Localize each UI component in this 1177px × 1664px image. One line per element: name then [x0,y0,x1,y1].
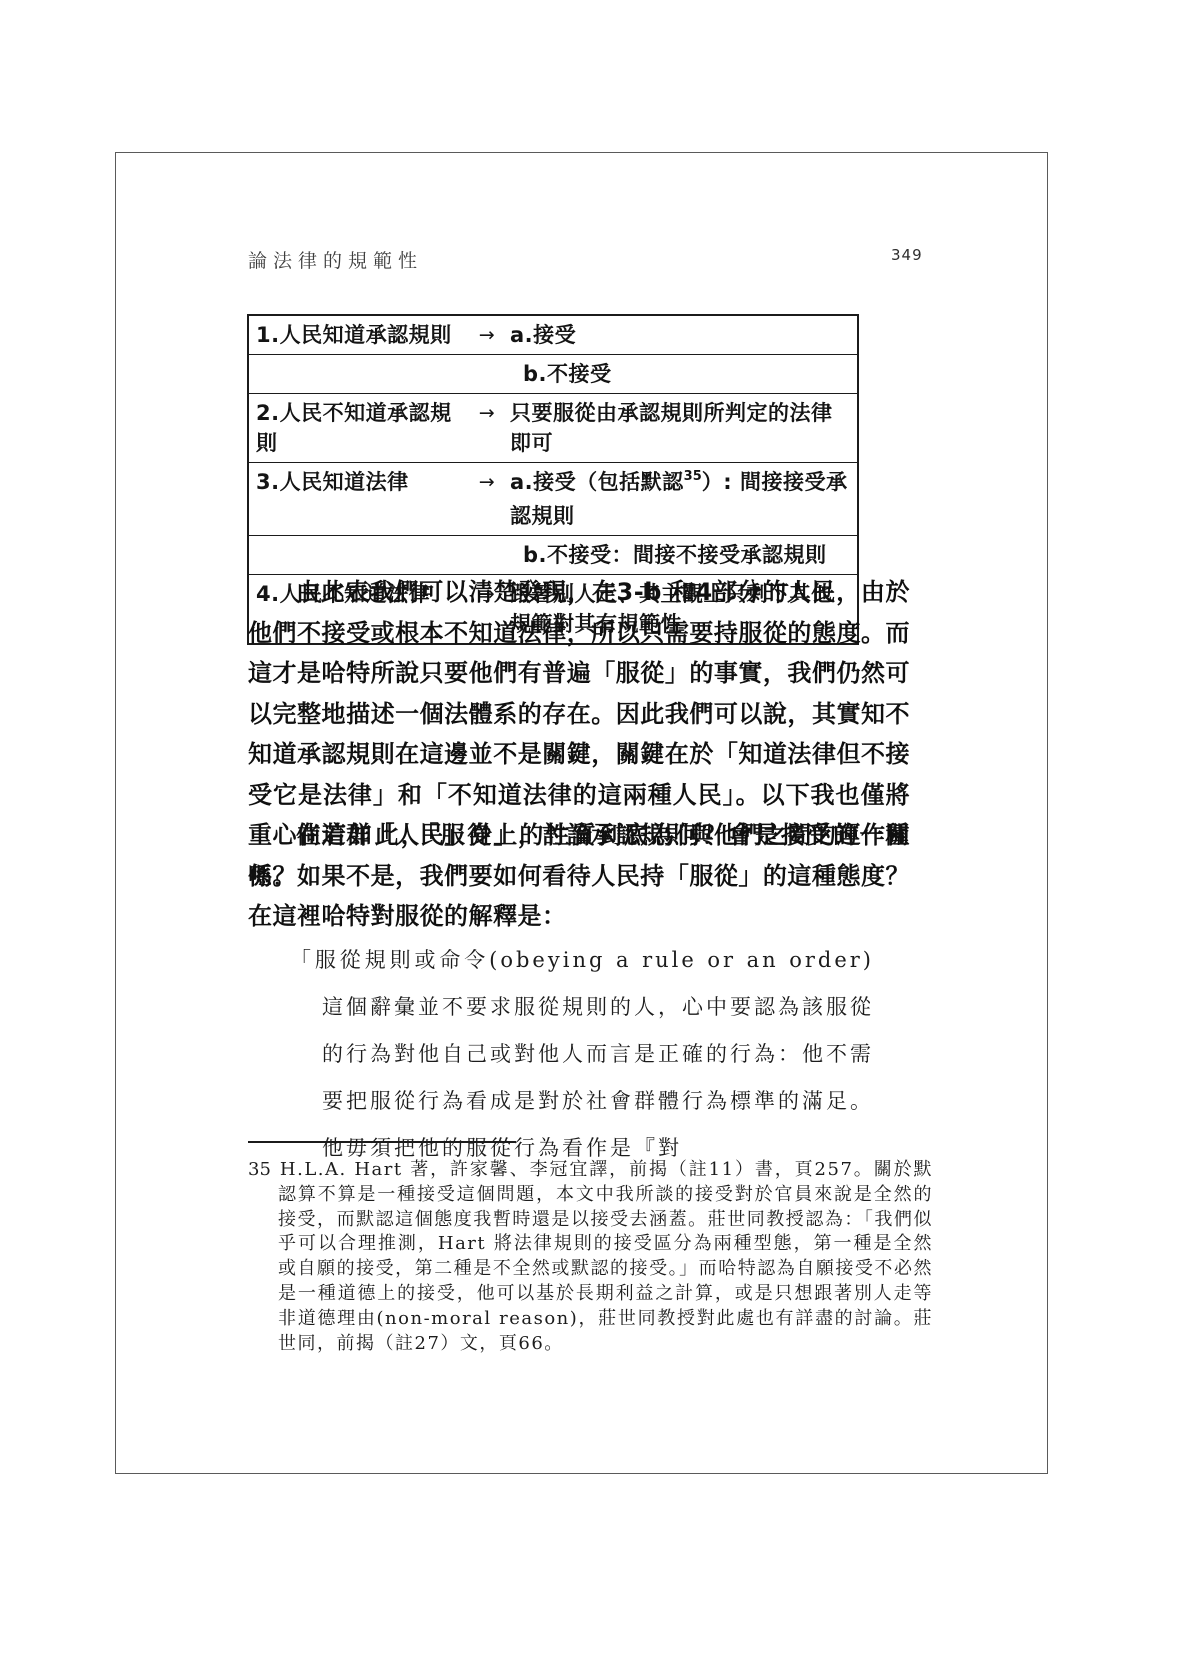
body-paragraph-2: 倘若如此，「服從」的性質到底為何？會是接受的一種嗎？如果不是，我們要如何看待人民… [248,815,910,937]
row-content: 只要服從由承認規則所判定的法律即可 [510,398,851,458]
table-row: b.不接受 [249,354,857,393]
running-title: 論法律的規範性 [248,246,423,273]
footnote-divider [248,1141,516,1143]
table-row: 3.人民知道法律 → a.接受（包括默認35）: 間接接受承認規則 [249,462,857,535]
row-label: 3.人民知道法律 [256,467,464,497]
table-row: 2.人民不知道承認規則 → 只要服從由承認規則所判定的法律即可 [249,393,857,462]
row-content: a.接受 [510,320,851,350]
row-label: 2.人民不知道承認規則 [256,398,464,458]
row-content-pre: a.接受（包括默認 [510,470,684,494]
document-page: 論法律的規範性 349 1.人民知道承認規則 → a.接受 b.不接受 2.人民… [0,0,1177,1664]
page-number: 349 [891,246,923,264]
row-content: b.不接受：間接不接受承認規則 [510,540,851,570]
row-content: a.接受（包括默認35）: 間接接受承認規則 [510,467,851,531]
footnote-35: 35H.L.A. Hart 著，許家馨、李冠宜譯，前揭（註11）書，頁257。關… [248,1158,933,1356]
row-label: 1.人民知道承認規則 [256,320,464,350]
block-quote: 「服從規則或命令(obeying a rule or an order)這個辭彙… [248,937,874,1172]
arrow-icon: → [464,467,510,497]
arrow-icon: → [464,320,510,350]
footnote-ref-superscript: 35 [684,469,702,484]
footnote-marker: 35 [248,1159,271,1180]
table-row: b.不接受：間接不接受承認規則 [249,535,857,574]
table-row: 1.人民知道承認規則 → a.接受 [249,316,857,354]
arrow-icon: → [464,398,510,428]
footnote-text: H.L.A. Hart 著，許家馨、李冠宜譯，前揭（註11）書，頁257。關於默… [278,1159,933,1354]
row-content: b.不接受 [510,359,851,389]
